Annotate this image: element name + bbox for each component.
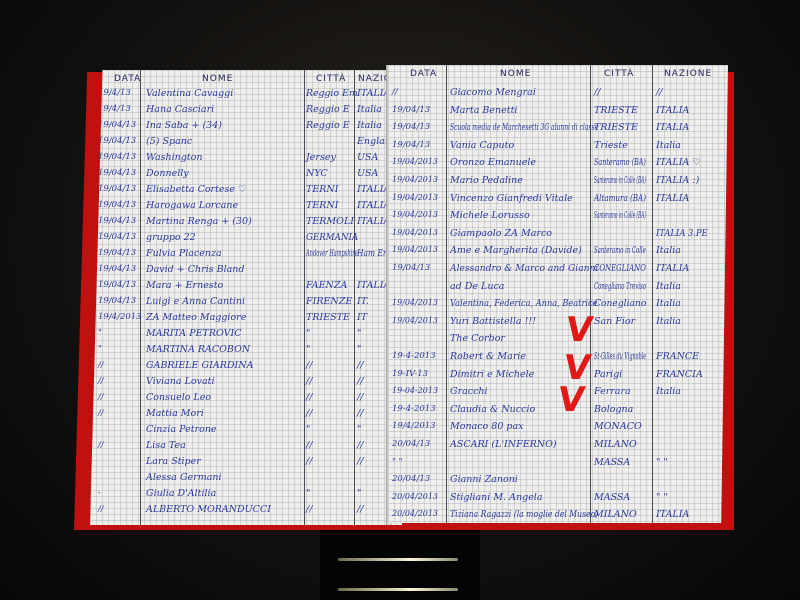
entry-name: Marta Benetti (450, 105, 517, 116)
entry-city: TRIESTE (306, 312, 350, 323)
guest-entry: 19/04/13DonnellyNYCUSA (90, 168, 402, 182)
entry-date: - (98, 488, 101, 498)
entry-date: 19/04/13 (98, 232, 136, 242)
entry-date: 19/04/2013 (392, 210, 438, 220)
entry-city: MILANO (594, 509, 637, 520)
entry-nation: // (656, 87, 662, 98)
entry-name: Monaco 80 pax (450, 421, 524, 432)
entry-nation: Italia (656, 140, 681, 151)
entry-city: // (306, 504, 312, 515)
entry-date: " (98, 328, 102, 338)
entry-city: GERMANIA (306, 232, 358, 243)
entry-date: 19/04/2013 (392, 228, 438, 238)
guest-entry: 19/04/2013Yuri Battistella !!!San FiorIt… (388, 316, 728, 330)
entry-name: Tiziana Ragazzi (la moglie del Museo) (450, 509, 598, 520)
entry-city: " (306, 424, 310, 435)
entry-nation: Italia (357, 104, 382, 115)
guest-entry: Cinzia Petrone"" (90, 424, 402, 438)
header-name: NOME (500, 69, 531, 79)
guest-entry: Lara Stiper//// (90, 456, 402, 470)
entry-date: // (98, 408, 104, 418)
entry-city: // (306, 376, 312, 387)
entry-name: Donnelly (146, 168, 189, 179)
entry-nation: " (357, 488, 361, 499)
entry-nation: IT (357, 312, 367, 323)
entry-nation: Italia (656, 386, 681, 397)
entry-name: GABRIELE GIARDINA (146, 360, 253, 371)
guest-entry: 19/04/2013Mario PedalineSanteramo in Col… (388, 175, 728, 189)
entry-date: 19/04/2013 (392, 298, 438, 308)
entry-name: Gracchi (450, 386, 488, 397)
entry-nation: FRANCIA (656, 369, 703, 380)
entry-city: " (306, 344, 310, 355)
guest-entry: 19/4/13Valentina CavaggiReggio EmITALIA (90, 88, 402, 102)
entry-nation: ITALIA ♡ (656, 157, 701, 168)
header-date: DATA (410, 69, 437, 79)
guest-entry: 19/04/13Elisabetta Cortese ♡TERNIITALIA (90, 184, 402, 198)
guest-entry: 19/04/13Martina Renga + (30)TERMOLIITALI… (90, 216, 402, 230)
entry-city: FIRENZE (306, 296, 352, 307)
entry-name: Robert & Marie (450, 351, 526, 362)
red-checkmark: V (556, 383, 587, 417)
entry-name: Alessa Germani (146, 472, 222, 483)
entry-nation: " (357, 344, 361, 355)
entry-date: 19/04/2013 (392, 316, 438, 326)
entry-name: Harogawa Lorcane (146, 200, 238, 211)
entry-nation: Italia (656, 298, 681, 309)
entry-date: 19/04/2013 (392, 245, 438, 255)
entry-name: Valentina Cavaggi (146, 88, 233, 99)
entry-nation: Italia (656, 281, 681, 292)
entry-nation: ITALIA (656, 509, 689, 520)
guest-entry: //Lisa Tea//// (90, 440, 402, 454)
entry-name: Valentina, Federica, Anna, Beatrice (450, 298, 598, 309)
entry-nation: ITALIA :) (656, 175, 699, 186)
entry-date: 19/4/2013 (392, 421, 436, 431)
entry-nation: ITALIA 3.PE (656, 228, 708, 239)
entry-city: TERNI (306, 184, 339, 195)
entry-city: Conegliano Treviso (594, 281, 646, 292)
entry-name: Washington (146, 152, 203, 163)
entry-name: Alessandro & Marco and Gianni (450, 263, 598, 274)
entry-city: San Fior (594, 316, 635, 327)
entry-name: Giampaolo ZA Marco (450, 228, 552, 239)
entry-name: Vania Caputo (450, 140, 514, 151)
entry-nation: USA (357, 152, 378, 163)
entry-date: 19/04/2013 (392, 157, 438, 167)
guest-entry: //Viviana Lovati//// (90, 376, 402, 390)
entry-date: 19-04-2013 (392, 386, 438, 396)
guest-entry: 19/04/13Fulvia PlacenzaAndover Hampshire… (90, 248, 402, 262)
entry-date: 19-IV-13 (392, 369, 428, 379)
guest-entry: 19/4/2013Monaco 80 paxMONACO (388, 421, 728, 435)
guest-entry: 19/04/13Scuola media de Marchesetti 3G a… (388, 122, 728, 136)
entry-name: Mario Pedaline (450, 175, 523, 186)
entry-date: // (98, 392, 104, 402)
entry-city: MASSA (594, 457, 630, 468)
entry-city: TRIESTE (594, 122, 638, 133)
entry-city: // (306, 456, 312, 467)
entry-nation: Italia (656, 245, 681, 256)
guest-entry: 20/04/13ASCARI (L'INFERNO)MILANO (388, 439, 728, 453)
entry-date: 19/04/13 (98, 200, 136, 210)
entry-nation: // (357, 408, 363, 419)
entry-date: 19/04/13 (98, 280, 136, 290)
entry-name: Mara + Ernesto (146, 280, 223, 291)
entry-city: // (306, 360, 312, 371)
entry-date: " " (392, 457, 403, 467)
entry-date: 20/04/2013 (392, 509, 438, 519)
entry-nation: Italia (357, 120, 382, 131)
entry-name: ASCARI (L'INFERNO) (450, 439, 557, 450)
guest-entry: 19/4/13Hana CasciariReggio EItalia (90, 104, 402, 118)
guest-entry: 19/04/13Alessandro & Marco and GianniCON… (388, 263, 728, 277)
guest-entry: 19/04/2013Vincenzo Gianfredi VitaleAltam… (388, 193, 728, 207)
entry-city: Trieste (594, 140, 628, 151)
entry-nation: " " (656, 457, 668, 468)
entry-city: Jersey (306, 152, 336, 163)
guest-entry: "MARTINA RACOBON"" (90, 344, 402, 358)
entry-date: 19/04/13 (98, 152, 136, 162)
entry-city: Conegliano (594, 298, 646, 309)
guest-entry: 19/04/2013Oronzo EmanueleSanteramo (BA)I… (388, 157, 728, 171)
entry-nation: ITALIA (656, 193, 689, 204)
entry-date: 19/04/13 (98, 184, 136, 194)
entry-name: Elisabetta Cortese ♡ (146, 184, 247, 195)
entry-name: Vincenzo Gianfredi Vitale (450, 193, 573, 204)
entry-date: 19/4/2013 (98, 312, 142, 322)
guest-entry: 19/04/2013Ame e Margherita (Davide)Sante… (388, 245, 728, 259)
entry-nation: // (357, 376, 363, 387)
entry-nation: Italia (656, 316, 681, 327)
entry-nation: ITALIA (656, 105, 689, 116)
entry-city: " (306, 328, 310, 339)
header-city: CITTÀ (316, 74, 346, 84)
entry-city: Santeramo (BA) (594, 157, 646, 168)
guest-entry: 19/04/13Harogawa LorcaneTERNIITALIA (90, 200, 402, 214)
entry-date: 19-4-2013 (392, 351, 436, 361)
guest-entry: "MARITA PETROVIC"" (90, 328, 402, 342)
entry-name: Lara Stiper (146, 456, 201, 467)
header-nation: NAZIONE (664, 69, 712, 79)
entry-date: 19/4/13 (98, 88, 131, 98)
entry-city: " (306, 488, 310, 499)
stand-reflection (338, 558, 458, 561)
entry-date: 20/04/13 (392, 439, 430, 449)
stand-reflection (338, 588, 458, 591)
entry-nation: // (357, 456, 363, 467)
entry-city: CONEGLIANO (594, 263, 646, 274)
entry-name: Scuola media de Marchesetti 3G alunni di… (450, 122, 598, 133)
entry-name: Mattia Mori (146, 408, 204, 419)
guest-entry: 19/04/13Ina Saba + (34)Reggio EItalia (90, 120, 402, 134)
entry-name: Fulvia Placenza (146, 248, 222, 259)
entry-name: MARTINA RACOBON (146, 344, 250, 355)
guest-entry: //GABRIELE GIARDINA//// (90, 360, 402, 374)
right-page: DATA NOME CITTÀ NAZIONE //Giacomo Mengra… (388, 65, 728, 523)
entry-date: 19/04/13 (98, 168, 136, 178)
guest-entry: 19-IV-13Dimitri e MicheleParigiFRANCIA (388, 369, 728, 383)
guest-entry: 19/04/13Vania CaputoTriesteItalia (388, 140, 728, 154)
entry-city: Reggio E (306, 120, 350, 131)
entry-nation: USA (357, 168, 378, 179)
entry-date: 20/04/13 (392, 474, 430, 484)
entry-name: ad De Luca (450, 281, 504, 292)
guest-book: DATA NOME CITTÀ NAZIONE 19/4/13Valentina… (68, 60, 738, 530)
entry-date: 19/04/13 (392, 140, 430, 150)
entry-name: (5) Spanc (146, 136, 192, 147)
entry-city: MILANO (594, 439, 637, 450)
guest-entry: 19/04/13Luigi e Anna CantiniFIRENZEIT. (90, 296, 402, 310)
header-city: CITTÀ (604, 69, 634, 79)
entry-nation: " " (656, 492, 668, 503)
entry-nation: // (357, 504, 363, 515)
entry-date: 19/04/13 (98, 248, 136, 258)
entry-date: 19/04/13 (98, 264, 136, 274)
header-date: DATA (114, 74, 141, 84)
guest-entry: //Giacomo Mengrai//// (388, 87, 728, 101)
guest-entry: 20/04/2013Stigliani M. AngelaMASSA" " (388, 492, 728, 506)
entry-name: Cinzia Petrone (146, 424, 217, 435)
entry-name: Ame e Margherita (Davide) (450, 245, 582, 256)
guest-entry: //Mattia Mori//// (90, 408, 402, 422)
entry-city: // (594, 87, 600, 98)
entry-name: Stigliani M. Angela (450, 492, 543, 503)
entry-date: 19/04/2013 (392, 193, 438, 203)
guest-entry: 19/4/2013ZA Matteo MaggioreTRIESTEIT (90, 312, 402, 326)
entry-name: Luigi e Anna Cantini (146, 296, 245, 307)
entry-city: Ferrara (594, 386, 631, 397)
entry-date: 19/04/13 (392, 263, 430, 273)
entry-date: // (98, 504, 104, 514)
header-name: NOME (202, 74, 233, 84)
entry-city: Santeramo in Colle (BA) (594, 175, 646, 186)
entry-date: 20/04/2013 (392, 492, 438, 502)
entry-nation: // (357, 440, 363, 451)
entry-city: // (306, 440, 312, 451)
entry-city: Andover Hampshire (306, 248, 358, 259)
guest-entry: 19/04/13WashingtonJerseyUSA (90, 152, 402, 166)
entry-city: Reggio E (306, 104, 350, 115)
guest-entry: //ALBERTO MORANDUCCI//// (90, 504, 402, 518)
entry-nation: " (357, 328, 361, 339)
entry-date: // (98, 376, 104, 386)
book-stand (320, 520, 480, 600)
entry-nation: ITALIA (656, 263, 689, 274)
entry-date: // (98, 360, 104, 370)
entry-name: Hana Casciari (146, 104, 214, 115)
entry-name: Dimitri e Michele (450, 369, 534, 380)
red-checkmark: V (564, 313, 595, 347)
entry-city: Santeramo in Colle (BA) (594, 210, 646, 221)
entry-city: FAENZA (306, 280, 347, 291)
entry-name: MARITA PETROVIC (146, 328, 242, 339)
entry-name: Consuelo Leo (146, 392, 211, 403)
entry-name: Michele Lorusso (450, 210, 530, 221)
entry-nation: IT. (357, 296, 369, 307)
entry-city: MONACO (594, 421, 642, 432)
entry-name: Claudia & Nuccio (450, 404, 535, 415)
entry-date: " (98, 344, 102, 354)
entry-date: 19/04/13 (98, 136, 136, 146)
guest-entry: 19/04/2013Michele LorussoSanteramo in Co… (388, 210, 728, 224)
entry-city: TERNI (306, 200, 339, 211)
entry-name: gruppo 22 (146, 232, 196, 243)
entry-city: St-Gilles du Vignoble (594, 351, 646, 362)
entry-city: // (306, 408, 312, 419)
entry-name: Giulia D'Altilia (146, 488, 216, 499)
guest-entry: 19/04/13(5) SpancEngland (90, 136, 402, 150)
entry-city: Bologna (594, 404, 633, 415)
entry-city: TRIESTE (594, 105, 638, 116)
entry-name: Oronzo Emanuele (450, 157, 536, 168)
entry-nation: // (357, 392, 363, 403)
guest-entry: -Giulia D'Altilia"" (90, 488, 402, 502)
entry-nation: // (357, 360, 363, 371)
guest-entry: Alessa Germani (90, 472, 402, 486)
entry-name: Ina Saba + (34) (146, 120, 222, 131)
entry-name: Gianni Zanoni (450, 474, 518, 485)
entry-name: ZA Matteo Maggiore (146, 312, 246, 323)
entry-city: Parigi (594, 369, 622, 380)
guest-entry: //Consuelo Leo//// (90, 392, 402, 406)
left-page: DATA NOME CITTÀ NAZIONE 19/4/13Valentina… (90, 70, 402, 525)
entry-date: 19/04/13 (392, 122, 430, 132)
guest-entry: 19-4-2013Robert & MarieSt-Gilles du Vign… (388, 351, 728, 365)
guest-entry: 19/04/13Mara + ErnestoFAENZAITALIA (90, 280, 402, 294)
entry-date: 19/04/13 (98, 120, 136, 130)
entry-name: David + Chris Bland (146, 264, 245, 275)
entry-date: 19/04/13 (98, 216, 136, 226)
entry-name: Viviana Lovati (146, 376, 215, 387)
guest-entry: " "MASSA" " (388, 457, 728, 471)
entry-name: Yuri Battistella !!! (450, 316, 536, 327)
entry-name: Lisa Tea (146, 440, 186, 451)
guest-entry: 19/04/13gruppo 22GERMANIA (90, 232, 402, 246)
entry-nation: ITALIA (656, 122, 689, 133)
entry-name: ALBERTO MORANDUCCI (146, 504, 271, 515)
entry-date: 19/04/2013 (392, 175, 438, 185)
entry-name: Martina Renga + (30) (146, 216, 252, 227)
entry-date: 19/04/13 (392, 105, 430, 115)
entry-date: 19-4-2013 (392, 404, 436, 414)
guest-entry: 19/04/13David + Chris Bland (90, 264, 402, 278)
entry-name: The Corbor (450, 333, 505, 344)
entry-city: // (306, 392, 312, 403)
guest-entry: 19/04/2013Giampaolo ZA MarcoITALIA 3.PE (388, 228, 728, 242)
guest-entry: The Corbor (388, 333, 728, 347)
entry-date: // (98, 440, 104, 450)
entry-city: NYC (306, 168, 328, 179)
entry-city: MASSA (594, 492, 630, 503)
guest-entry: 19/04/13Marta BenettiTRIESTEITALIA (388, 105, 728, 119)
entry-city: Altamura (BA) (594, 193, 646, 204)
guest-entry: 19/04/2013Valentina, Federica, Anna, Bea… (388, 298, 728, 312)
entry-city: Santeramo in Colle (594, 245, 646, 256)
entry-nation: " (357, 424, 361, 435)
guest-entry: ad De LucaConegliano TrevisoItalia (388, 281, 728, 295)
guest-entry: 20/04/13Gianni Zanoni (388, 474, 728, 488)
guest-entry: 20/04/2013Tiziana Ragazzi (la moglie del… (388, 509, 728, 523)
entry-name: Giacomo Mengrai (450, 87, 536, 98)
entry-nation: FRANCE (656, 351, 699, 362)
entry-date: 19/4/13 (98, 104, 131, 114)
entry-date: 19/04/13 (98, 296, 136, 306)
entry-city: Reggio Em (306, 88, 358, 99)
entry-date: // (392, 87, 398, 97)
entry-city: TERMOLI (306, 216, 354, 227)
